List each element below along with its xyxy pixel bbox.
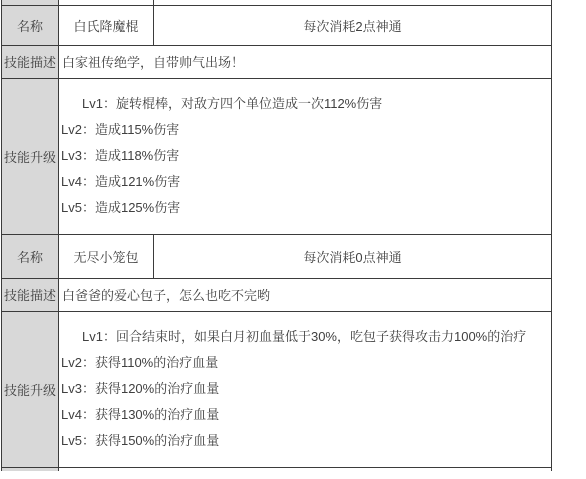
partial-cell: [59, 467, 552, 471]
skill1-cost-value: 每次消耗2点神通: [154, 5, 552, 45]
skill1-level-3: Lv3：造成118%伤害: [59, 143, 551, 169]
skill1-desc-value: 白家祖传绝学，自带帅气出场！: [59, 45, 552, 78]
skill2-levels: Lv1：回合结束时，如果白月初血量低于30%，吃包子获得攻击力100%的治疗 L…: [59, 311, 552, 467]
skill1-upgrade-row: 技能升级 Lv1：旋转棍棒，对敌方四个单位造成一次112%伤害 Lv2：造成11…: [2, 78, 552, 234]
partial-label-cell: [2, 467, 59, 471]
skill1-desc-row: 技能描述 白家祖传绝学，自带帅气出场！: [2, 45, 552, 78]
skill1-desc-label: 技能描述: [2, 45, 59, 78]
skill2-level-3: Lv3：获得120%的治疗血量: [59, 376, 551, 402]
skill1-name-value: 白氏降魔棍: [59, 5, 154, 45]
skill1-levels: Lv1：旋转棍棒，对敌方四个单位造成一次112%伤害 Lv2：造成115%伤害 …: [59, 78, 552, 234]
skill1-level-1: Lv1：旋转棍棒，对敌方四个单位造成一次112%伤害: [59, 91, 551, 117]
skill2-name-label: 名称: [2, 234, 59, 278]
skill2-upgrade-row: 技能升级 Lv1：回合结束时，如果白月初血量低于30%，吃包子获得攻击力100%…: [2, 311, 552, 467]
skill2-name-value: 无尽小笼包: [59, 234, 154, 278]
partial-row-bottom: [2, 467, 552, 471]
skill-table: 名称 白氏降魔棍 每次消耗2点神通 技能描述 白家祖传绝学，自带帅气出场！ 技能…: [1, 0, 552, 471]
skill2-level-4: Lv4：获得130%的治疗血量: [59, 402, 551, 428]
skill1-level-5: Lv5：造成125%伤害: [59, 195, 551, 221]
skill2-desc-label: 技能描述: [2, 278, 59, 311]
skill2-level-5: Lv5：获得150%的治疗血量: [59, 428, 551, 454]
skill2-level-1: Lv1：回合结束时，如果白月初血量低于30%，吃包子获得攻击力100%的治疗: [59, 324, 551, 350]
skill2-level-2: Lv2：获得110%的治疗血量: [59, 350, 551, 376]
skill1-name-row: 名称 白氏降魔棍 每次消耗2点神通: [2, 5, 552, 45]
skill1-name-label: 名称: [2, 5, 59, 45]
skill2-desc-value: 白爸爸的爱心包子，怎么也吃不完哟: [59, 278, 552, 311]
skill1-upgrade-label: 技能升级: [2, 78, 59, 234]
skill2-desc-row: 技能描述 白爸爸的爱心包子，怎么也吃不完哟: [2, 278, 552, 311]
skill2-name-row: 名称 无尽小笼包 每次消耗0点神通: [2, 234, 552, 278]
skill2-upgrade-label: 技能升级: [2, 311, 59, 467]
skill2-cost-value: 每次消耗0点神通: [154, 234, 552, 278]
skill1-level-2: Lv2：造成115%伤害: [59, 117, 551, 143]
skill1-level-4: Lv4：造成121%伤害: [59, 169, 551, 195]
